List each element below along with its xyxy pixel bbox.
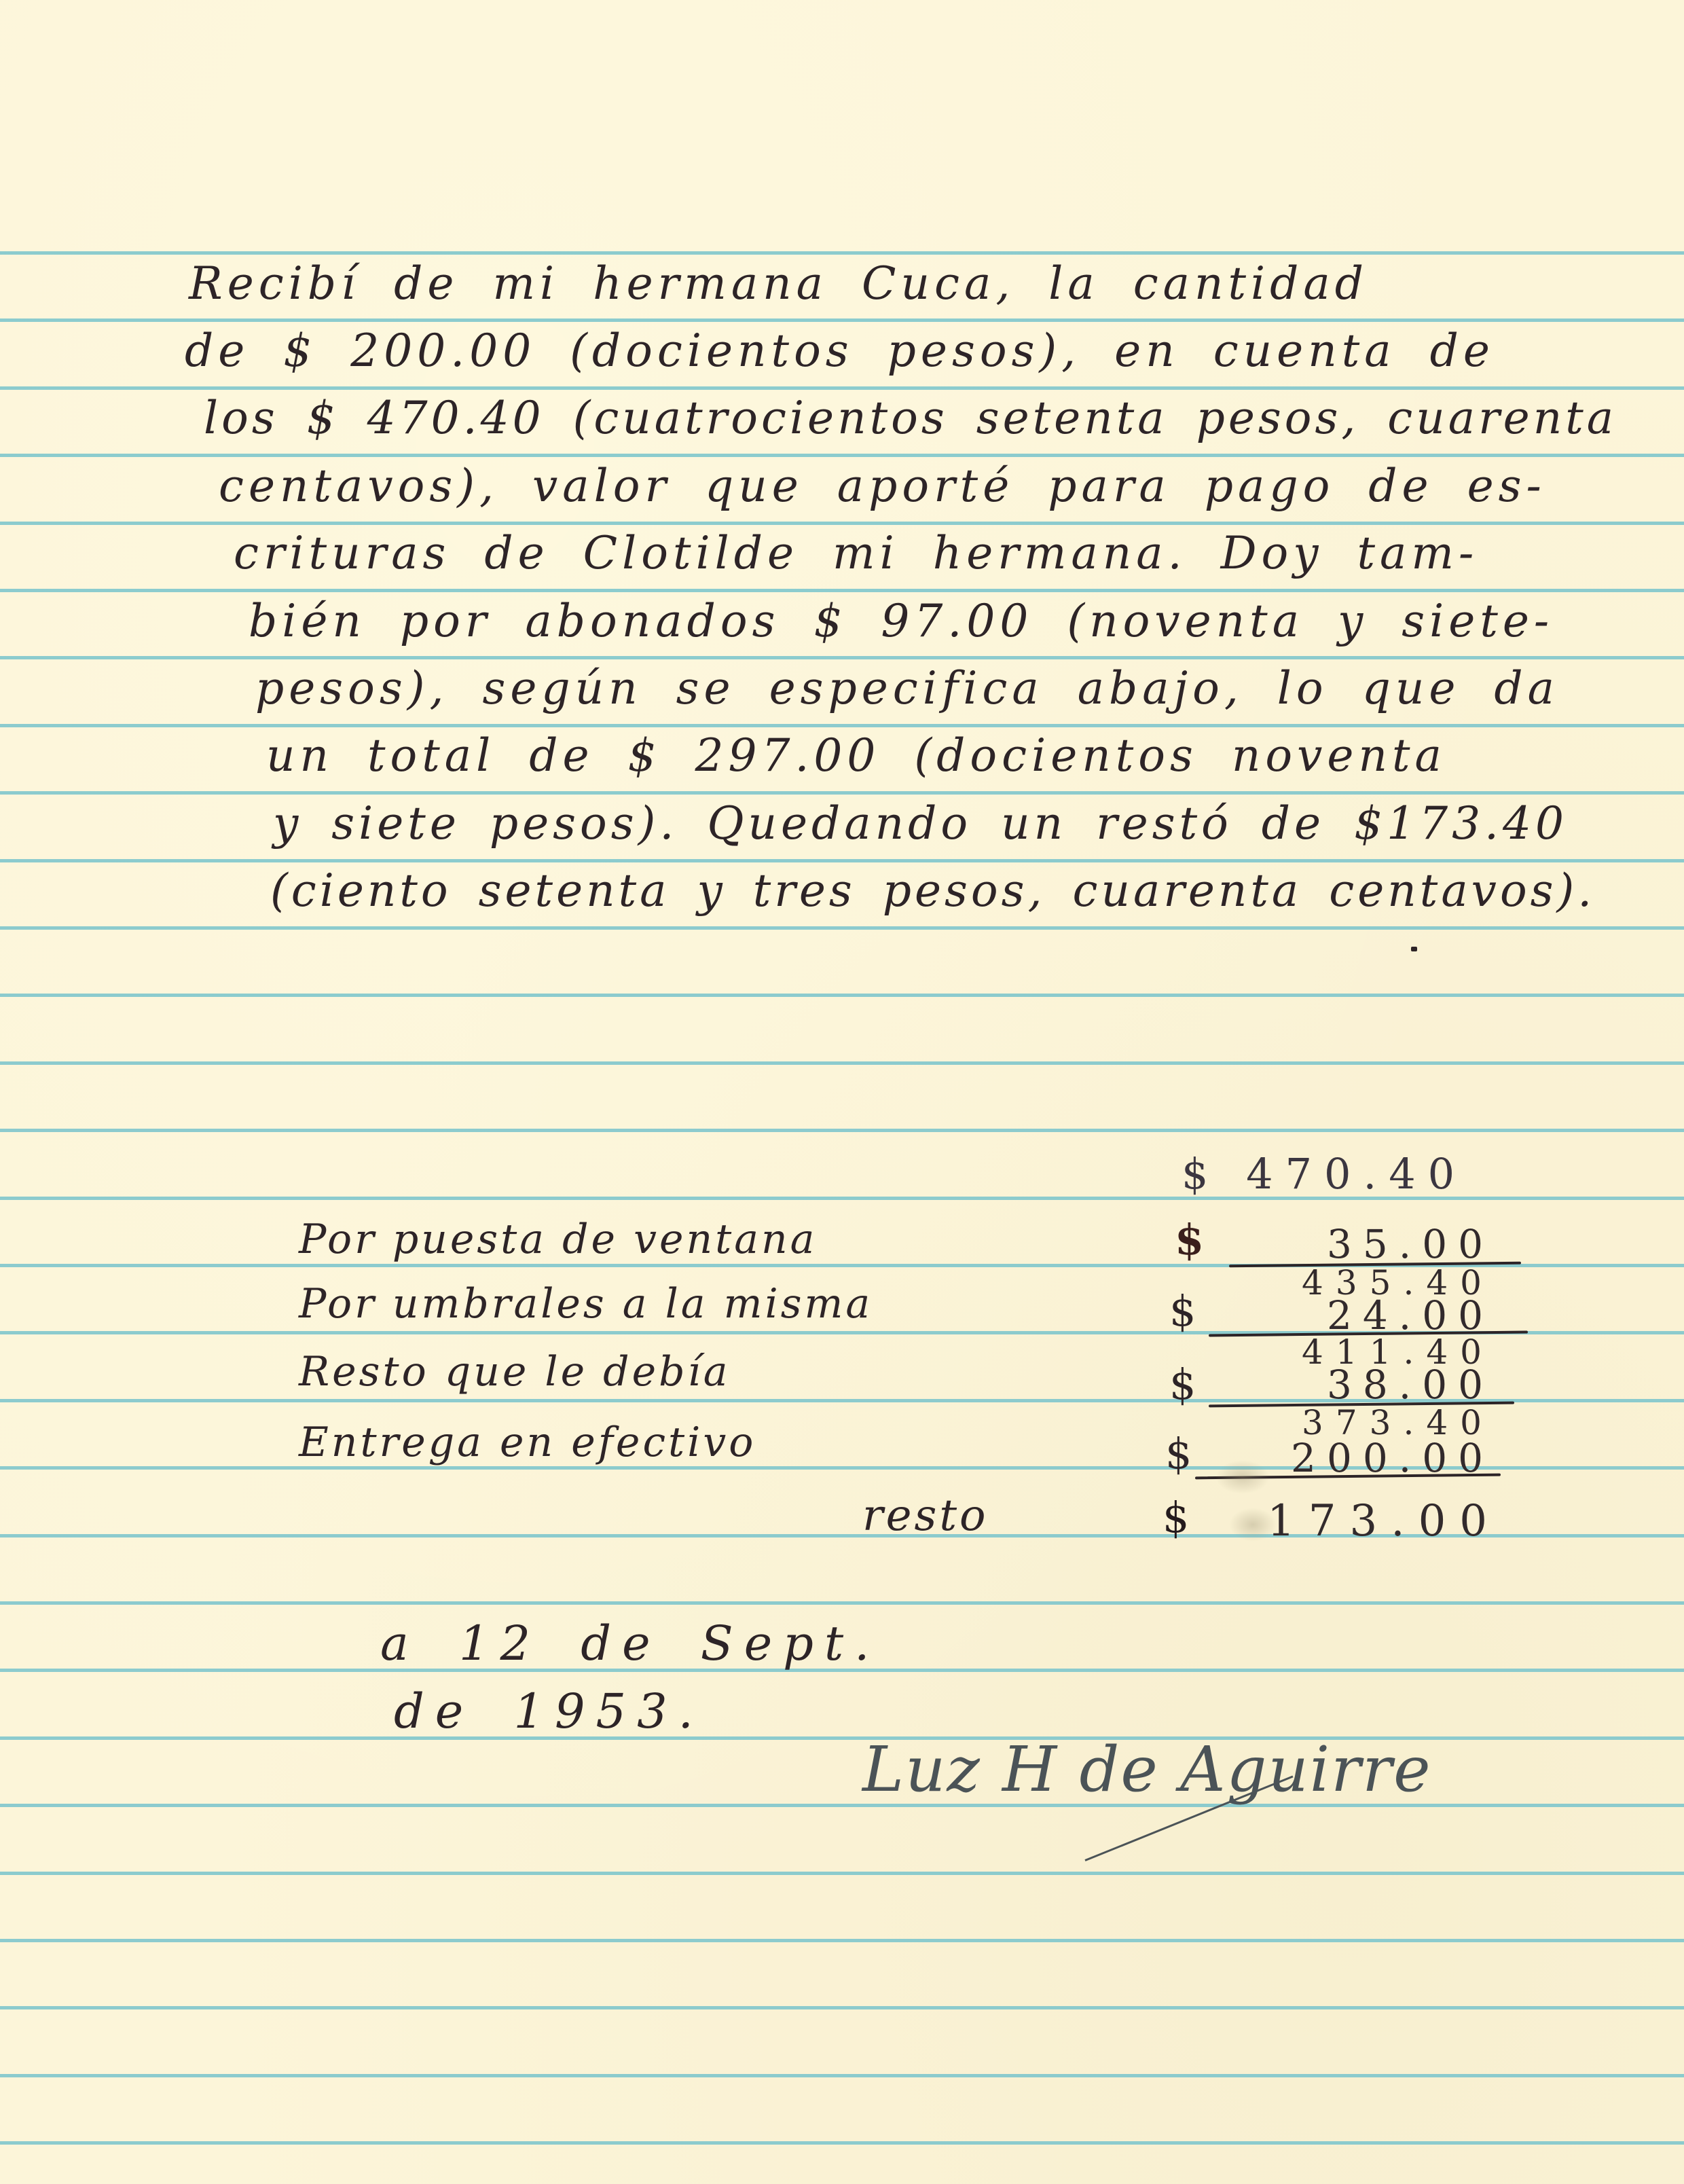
dollar-sign: $ bbox=[1169, 1290, 1200, 1332]
ruled-line bbox=[0, 1061, 1684, 1065]
dollar-sign: $ bbox=[1165, 1433, 1196, 1475]
ruled-line bbox=[0, 2006, 1684, 2009]
ledger-final-label: resto bbox=[862, 1494, 989, 1537]
ruled-line bbox=[0, 522, 1684, 525]
ledger-row-amount: 38.00 bbox=[1209, 1365, 1494, 1404]
dollar-sign: $ bbox=[1169, 1364, 1200, 1406]
body-line-6: bién por abonados $ 97.00 (noventa y sie… bbox=[249, 599, 1554, 644]
signature: Luz H de Aguirre bbox=[862, 1739, 1432, 1801]
ledger-row-amount: 35.00 bbox=[1209, 1224, 1494, 1264]
ruled-line bbox=[0, 251, 1684, 255]
ruled-line bbox=[0, 1939, 1684, 1942]
smudge bbox=[1229, 1508, 1277, 1542]
body-line-1: Recibí de mi hermana Cuca, la cantidad bbox=[189, 261, 1368, 306]
body-line-9: y siete pesos). Quedando un restó de $17… bbox=[273, 801, 1568, 846]
ledger-row-label: Resto que le debía bbox=[299, 1351, 730, 1392]
ruled-line bbox=[0, 926, 1684, 930]
date-line-1: a 12 de Sept. bbox=[380, 1620, 880, 1667]
body-line-8: un total de $ 297.00 (docientos noventa bbox=[266, 733, 1446, 778]
ruled-line bbox=[0, 386, 1684, 390]
ruled-line bbox=[0, 454, 1684, 457]
ruled-line bbox=[0, 1872, 1684, 1875]
dollar-sign: $ bbox=[1175, 1219, 1208, 1261]
ruled-line bbox=[0, 656, 1684, 659]
ruled-line bbox=[0, 589, 1684, 592]
ruled-line bbox=[0, 724, 1684, 727]
ruled-line bbox=[0, 791, 1684, 795]
body-line-5: crituras de Clotilde mi hermana. Doy tam… bbox=[234, 531, 1478, 576]
ledger-row-label: Entrega en efectivo bbox=[299, 1422, 756, 1463]
ruled-line bbox=[0, 2074, 1684, 2077]
ruled-line bbox=[0, 859, 1684, 862]
ledger-row-amount: 24.00 bbox=[1209, 1296, 1494, 1335]
dollar-sign: $ bbox=[1163, 1497, 1193, 1539]
ledger-row-label: Por umbrales a la misma bbox=[299, 1284, 873, 1324]
ruled-line bbox=[0, 318, 1684, 322]
date-line-2: de 1953. bbox=[394, 1688, 704, 1735]
smudge bbox=[1215, 1460, 1270, 1494]
ruled-line bbox=[0, 994, 1684, 997]
ink-dot bbox=[1411, 947, 1417, 951]
ruled-line bbox=[0, 2141, 1684, 2145]
ruled-line bbox=[0, 1601, 1684, 1605]
body-line-3: los $ 470.40 (cuatrocientos setenta peso… bbox=[204, 396, 1617, 441]
body-line-2: de $ 200.00 (docientos pesos), en cuenta… bbox=[185, 329, 1495, 374]
ruled-line bbox=[0, 1129, 1684, 1132]
opening-balance: $ 470.40 bbox=[1182, 1153, 1494, 1195]
body-line-4: centavos), valor que aporté para pago de… bbox=[219, 464, 1546, 509]
body-line-10: (ciento setenta y tres pesos, cuarenta c… bbox=[270, 869, 1595, 913]
body-line-7: pesos), según se especifica abajo, lo qu… bbox=[255, 666, 1559, 711]
ledger-row-label: Por puesta de ventana bbox=[299, 1219, 817, 1260]
